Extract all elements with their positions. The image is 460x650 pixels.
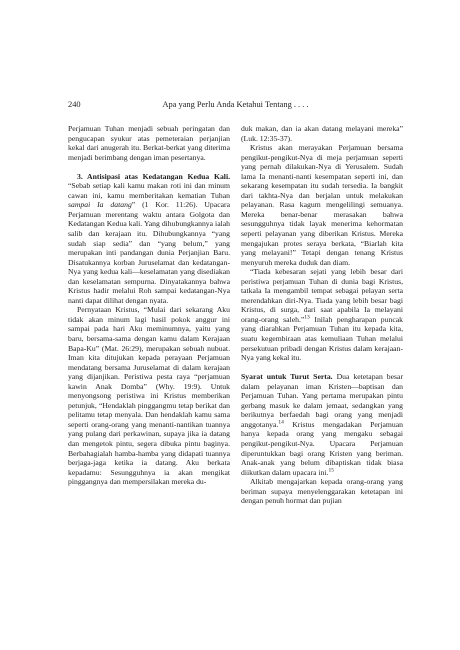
paragraph: Pernyataan Kristus, “Mulai dari sekarang…	[68, 305, 230, 486]
right-column: duk makan, dan ia akan datang melayani m…	[241, 124, 403, 506]
text-segment: Kristus akan merayakan Perjamuan bersama…	[241, 143, 403, 267]
text-segment: 3. Antisipasi atas Kedatangan Kedua Kali…	[77, 172, 230, 181]
running-title: Apa yang Perlu Anda Ketahui Tentang . . …	[68, 99, 403, 110]
paragraph: 3. Antisipasi atas Kedatangan Kedua Kali…	[68, 172, 230, 306]
paragraph: Syarat untuk Turut Serta. Dua ketetapan …	[241, 372, 403, 477]
text-segment: Syarat untuk Turut Serta.	[241, 372, 337, 381]
paragraph: “Tiada kebesaran sejati yang lebih besar…	[241, 267, 403, 362]
text-segment: sampai Ia datang	[68, 200, 132, 209]
text-segment: Alkitab mengajarkan kepada orang-orang y…	[241, 477, 403, 505]
paragraph: Alkitab mengajarkan kepada orang-orang y…	[241, 477, 403, 506]
paragraph: Kristus akan merayakan Perjamuan bersama…	[241, 143, 403, 267]
page-header: 240 Apa yang Perlu Anda Ketahui Tentang …	[68, 99, 403, 111]
text-segment: “Sebab setiap kali kamu makan roti ini d…	[68, 181, 230, 200]
left-column: Perjamuan Tuhan menjadi sebuah peringata…	[68, 124, 230, 506]
paragraph: duk makan, dan ia akan datang melayani m…	[241, 124, 403, 143]
text-columns: Perjamuan Tuhan menjadi sebuah peringata…	[68, 124, 403, 506]
paragraph: Perjamuan Tuhan menjadi sebuah peringata…	[68, 124, 230, 162]
text-segment: Pernyataan Kristus, “Mulai dari sekarang…	[68, 305, 230, 486]
text-segment: ” (1 Kor. 11:26). Upacara Perjamuan mere…	[68, 200, 230, 304]
text-segment: duk makan, dan ia akan datang melayani m…	[241, 124, 403, 143]
footnote-reference: 15	[329, 467, 335, 473]
text-segment: Perjamuan Tuhan menjadi sebuah peringata…	[68, 124, 230, 162]
book-page: 240 Apa yang Perlu Anda Ketahui Tentang …	[0, 0, 460, 650]
